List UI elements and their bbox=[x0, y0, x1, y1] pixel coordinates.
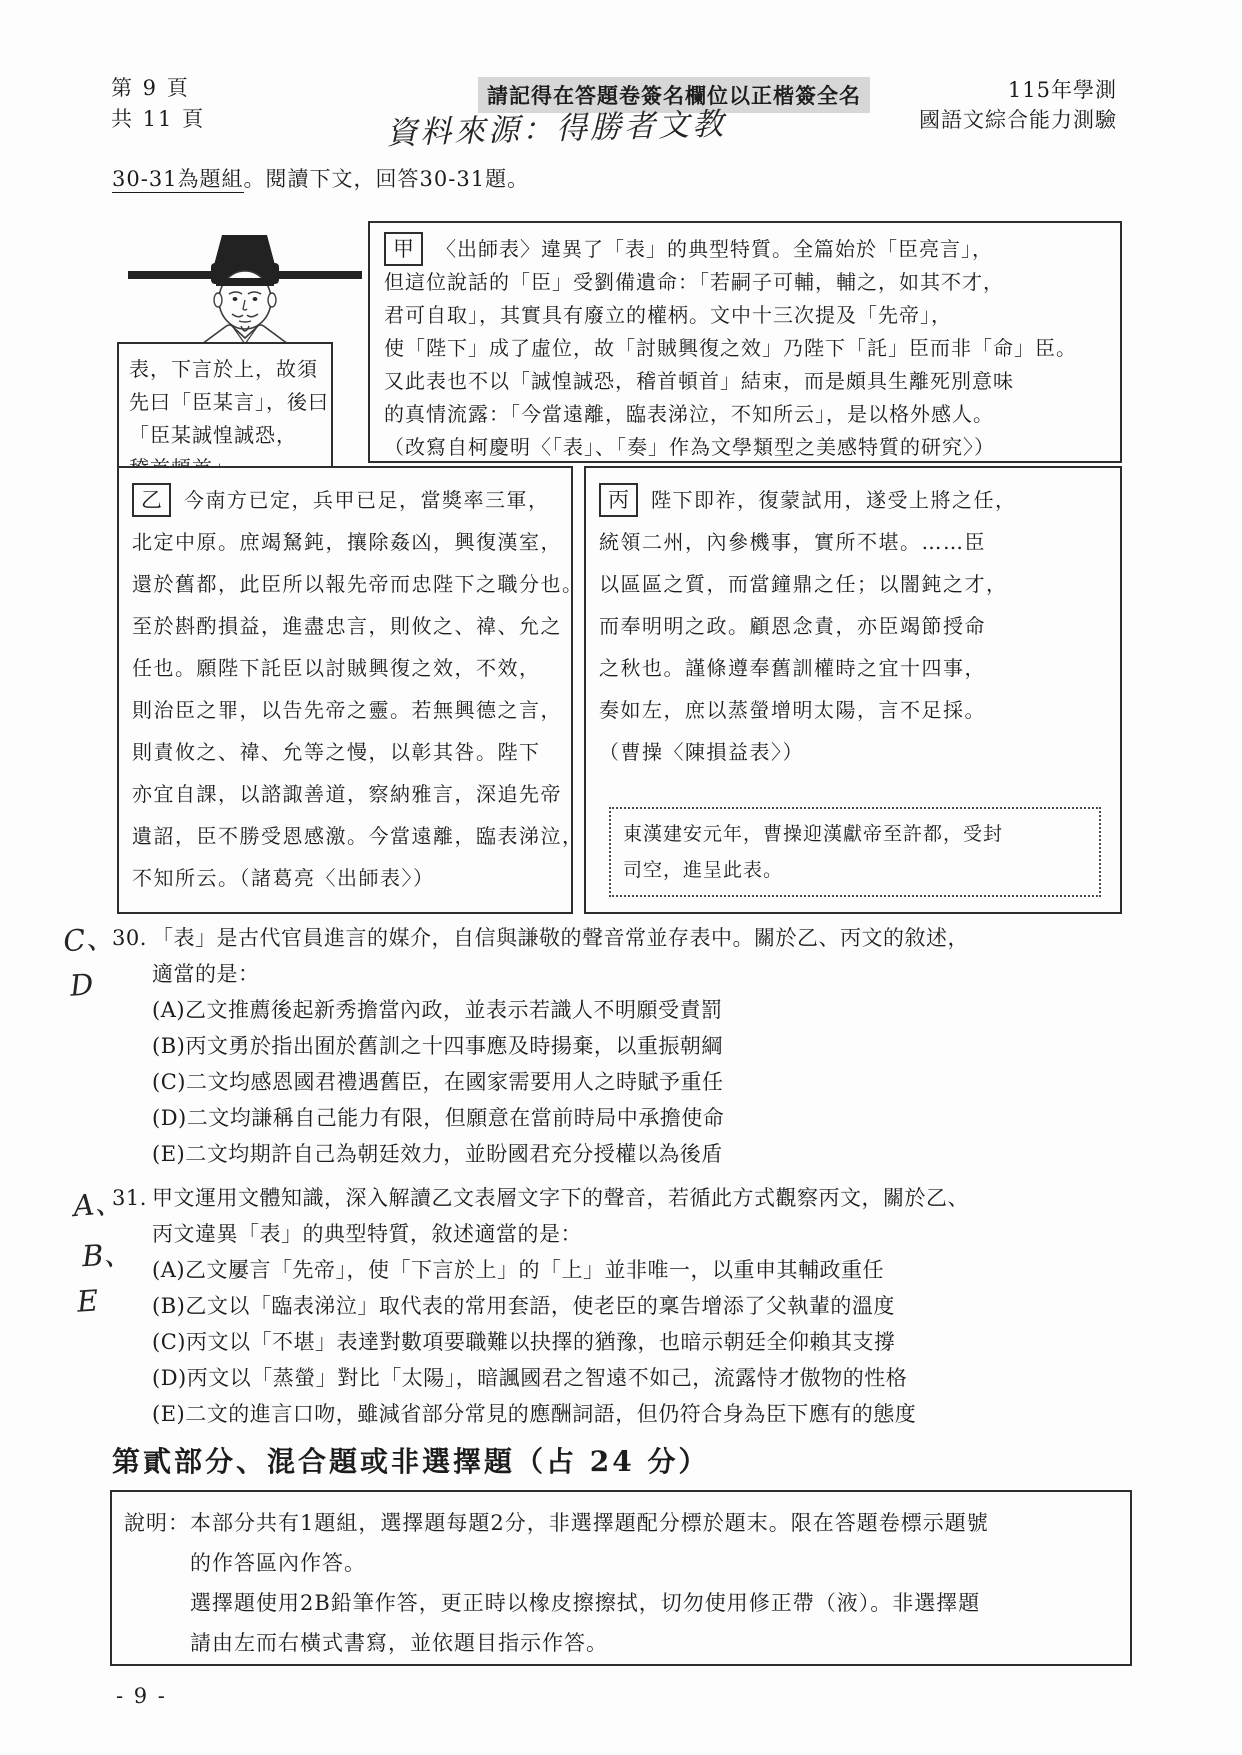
passage-bing-box: 丙陛下即祚，復蒙試用，遂受上將之任， 統領二州，內參機事，實所不堪。……臣 以區… bbox=[584, 466, 1122, 914]
question-30-stem: 適當的是： bbox=[152, 956, 969, 992]
passage-yi-line: 則治臣之罪，以告先帝之靈。若無興德之言， bbox=[132, 689, 558, 731]
left-ear bbox=[214, 293, 222, 307]
instructions-label: 說明： bbox=[124, 1503, 190, 1663]
question-group-instruction: 。閱讀下文，回答30-31題。 bbox=[244, 167, 530, 191]
passage-bing-line: 統領二州，內參機事，實所不堪。……臣 bbox=[599, 521, 1107, 563]
note-line: 「臣某誠惶誠恐， bbox=[129, 419, 321, 452]
exam-title-line2: 國語文綜合能力測驗 bbox=[895, 105, 1117, 135]
question-30-option-d: (D)二文均謙稱自己能力有限，但願意在當前時局中承擔使命 bbox=[152, 1100, 969, 1136]
handwritten-answer-annotation: D bbox=[69, 967, 95, 1003]
passage-bing-line: 陛下即祚，復蒙試用，遂受上將之任， bbox=[651, 488, 1017, 512]
context-note-line: 司空，進呈此表。 bbox=[623, 852, 1087, 888]
instructions-line: 選擇題使用2B鉛筆作答，更正時以橡皮擦擦拭，切勿使用修正帶（液）。非選擇題 bbox=[190, 1583, 989, 1623]
hat-brim bbox=[216, 278, 274, 286]
handwritten-answer-annotation: E bbox=[76, 1283, 99, 1318]
passage-bing-line: 之秋也。謹條遵奉舊訓權時之宜十四事， bbox=[599, 647, 1107, 689]
passage-bing-line: 以區區之質，而當鐘鼎之任；以闇鈍之才， bbox=[599, 563, 1107, 605]
hat-crown bbox=[214, 235, 275, 265]
question-30-option-c: (C)二文均感恩國君禮遇舊臣，在國家需要用人之時賦予重任 bbox=[152, 1064, 969, 1100]
note-line: 表，下言於上，故須 bbox=[129, 353, 321, 386]
question-group-range: 30-31為題組 bbox=[112, 167, 244, 193]
passage-jia-line: 君可自取」，其實具有廢立的權柄。文中十三次提及「先帝」， bbox=[384, 299, 1106, 332]
passage-jia-line: 的真情流露：「今當遠離，臨表涕泣，不知所云」，是以格外感人。 bbox=[384, 398, 1106, 431]
passage-label-jia: 甲 bbox=[384, 232, 423, 266]
passage-jia-box: 甲〈出師表〉違異了「表」的典型特質。全篇始於「臣亮言」， 但這位說話的「臣」受劉… bbox=[368, 221, 1122, 463]
question-30-option-b: (B)丙文勇於指出囿於舊訓之十四事應及時揚棄，以重振朝綱 bbox=[152, 1028, 969, 1064]
passage-jia-source: （改寫自柯慶明〈「表」、「奏」作為文學類型之美感特質的研究〉） bbox=[384, 431, 1106, 464]
question-group-intro: 30-31為題組。閱讀下文，回答30-31題。 bbox=[112, 163, 529, 193]
instructions-line: 本部分共有1題組，選擇題每題2分，非選擇題配分標於題末。限在答題卷標示題號 bbox=[190, 1503, 989, 1543]
passage-yi-line: 北定中原。庶竭駑鈍，攘除姦凶，興復漢室， bbox=[132, 521, 558, 563]
passage-yi-line: 任也。願陛下託臣以討賊興復之效，不效， bbox=[132, 647, 558, 689]
passage-yi-line: 遺詔，臣不勝受恩感激。今當遠離，臨表涕泣， bbox=[132, 815, 558, 857]
passage-jia-line: 但這位說話的「臣」受劉備遺命：「若嗣子可輔，輔之，如其不才， bbox=[384, 266, 1106, 299]
passage-label-bing: 丙 bbox=[599, 483, 638, 517]
exam-title: 115年學測 國語文綜合能力測驗 bbox=[895, 75, 1117, 135]
passage-jia-line: 又此表也不以「誠惶誠恐，稽首頓首」結束，而是頗具生離死別意味 bbox=[384, 365, 1106, 398]
passage-label-yi: 乙 bbox=[132, 483, 171, 517]
question-31-stem: 甲文運用文體知識，深入解讀乙文表層文字下的聲音，若循此方式觀察丙文，關於乙、 bbox=[152, 1180, 969, 1216]
source-note-handwritten: 資料來源：得勝者文教 bbox=[385, 98, 726, 152]
passage-yi-line: 則責攸之、禕、允等之慢，以彰其咎。陛下 bbox=[132, 731, 558, 773]
right-ear bbox=[268, 293, 276, 307]
passage-yi-line: 至於斟酌損益，進盡忠言，則攸之、禕、允之 bbox=[132, 605, 558, 647]
page-number-line2: 共 11 頁 bbox=[111, 104, 205, 135]
passage-yi-line: 今南方已定，兵甲已足，當獎率三軍， bbox=[184, 488, 550, 512]
exam-page: 第 9 頁 共 11 頁 請記得在答題卷簽名欄位以正楷簽全名 資料來源：得勝者文… bbox=[0, 0, 1242, 1755]
page-footer: - 9 - bbox=[116, 1684, 167, 1708]
passage-yi-box: 乙今南方已定，兵甲已足，當獎率三軍， 北定中原。庶竭駑鈍，攘除姦凶，興復漢室， … bbox=[117, 466, 573, 914]
passage-bing-line: 而奉明明之政。顧恩念責，亦臣竭節授命 bbox=[599, 605, 1107, 647]
official-portrait-illustration bbox=[126, 230, 364, 348]
question-31: 31. 甲文運用文體知識，深入解讀乙文表層文字下的聲音，若循此方式觀察丙文，關於… bbox=[112, 1180, 969, 1432]
passage-yi-source: 不知所云。（諸葛亮〈出師表〉） bbox=[132, 857, 558, 899]
instructions-line: 請由左而右橫式書寫，並依題目指示作答。 bbox=[190, 1623, 989, 1663]
left-eye bbox=[233, 297, 238, 301]
instructions-line: 的作答區內作答。 bbox=[190, 1543, 989, 1583]
exam-title-line1: 115年學測 bbox=[895, 75, 1117, 105]
section-two-heading: 第貳部分、混合題或非選擇題（占 24 分） bbox=[112, 1440, 709, 1480]
right-eye bbox=[253, 297, 258, 301]
question-31-option-a: (A)乙文屢言「先帝」，使「下言於上」的「上」並非唯一，以重申其輔政重任 bbox=[152, 1252, 969, 1288]
question-30-option-e: (E)二文均期許自己為朝廷效力，並盼國君充分授權以為後盾 bbox=[152, 1136, 969, 1172]
note-line: 先曰「臣某言」，後曰 bbox=[129, 386, 321, 419]
page-number-line1: 第 9 頁 bbox=[111, 73, 205, 104]
question-31-option-e: (E)二文的進言口吻，雖減省部分常見的應酬詞語，但仍符合身為臣下應有的態度 bbox=[152, 1396, 969, 1432]
passage-bing-source: （曹操〈陳損益表〉） bbox=[599, 731, 1107, 773]
passage-jia-line: 使「陛下」成了虛位，故「討賊興復之效」乃陛下「託」臣而非「命」臣。 bbox=[384, 332, 1106, 365]
question-30: 30. 「表」是古代官員進言的媒介，自信與謙敬的聲音常並存表中。關於乙、丙文的敘… bbox=[112, 920, 969, 1172]
question-31-option-c: (C)丙文以「不堪」表達對數項要職難以抉擇的猶豫，也暗示朝廷全仰賴其支撐 bbox=[152, 1324, 969, 1360]
context-note-line: 東漢建安元年，曹操迎漢獻帝至許都，受封 bbox=[623, 816, 1087, 852]
handwritten-answer-annotation: C、 bbox=[61, 914, 116, 960]
question-30-option-a: (A)乙文推薦後起新秀擔當內政，並表示若識人不明願受責罰 bbox=[152, 992, 969, 1028]
question-number: 30. bbox=[112, 920, 152, 1172]
page-number-indicator: 第 9 頁 共 11 頁 bbox=[111, 73, 205, 135]
question-number: 31. bbox=[112, 1180, 152, 1432]
passage-yi-line: 還於舊都，此臣所以報先帝而忠陛下之職分也。 bbox=[132, 563, 558, 605]
question-31-stem: 丙文違異「表」的典型特質，敘述適當的是： bbox=[152, 1216, 969, 1252]
passage-bing-line: 奏如左，庶以蒸螢增明太陽，言不足採。 bbox=[599, 689, 1107, 731]
instructions-box: 說明： 本部分共有1題組，選擇題每題2分，非選擇題配分標於題末。限在答題卷標示題… bbox=[110, 1490, 1132, 1666]
question-31-option-b: (B)乙文以「臨表涕泣」取代表的常用套語，使老臣的稟告增添了父執輩的溫度 bbox=[152, 1288, 969, 1324]
historical-context-note-box: 東漢建安元年，曹操迎漢獻帝至許都，受封 司空，進呈此表。 bbox=[609, 807, 1101, 897]
question-31-option-d: (D)丙文以「蒸螢」對比「太陽」，暗諷國君之智遠不如己，流露恃才傲物的性格 bbox=[152, 1360, 969, 1396]
passage-jia-line: 〈出師表〉違異了「表」的典型特質。全篇始於「臣亮言」， bbox=[436, 237, 993, 261]
question-30-stem: 「表」是古代官員進言的媒介，自信與謙敬的聲音常並存表中。關於乙、丙文的敘述， bbox=[152, 920, 969, 956]
passage-yi-line: 亦宜自課，以諮諏善道，察納雅言，深追先帝 bbox=[132, 773, 558, 815]
